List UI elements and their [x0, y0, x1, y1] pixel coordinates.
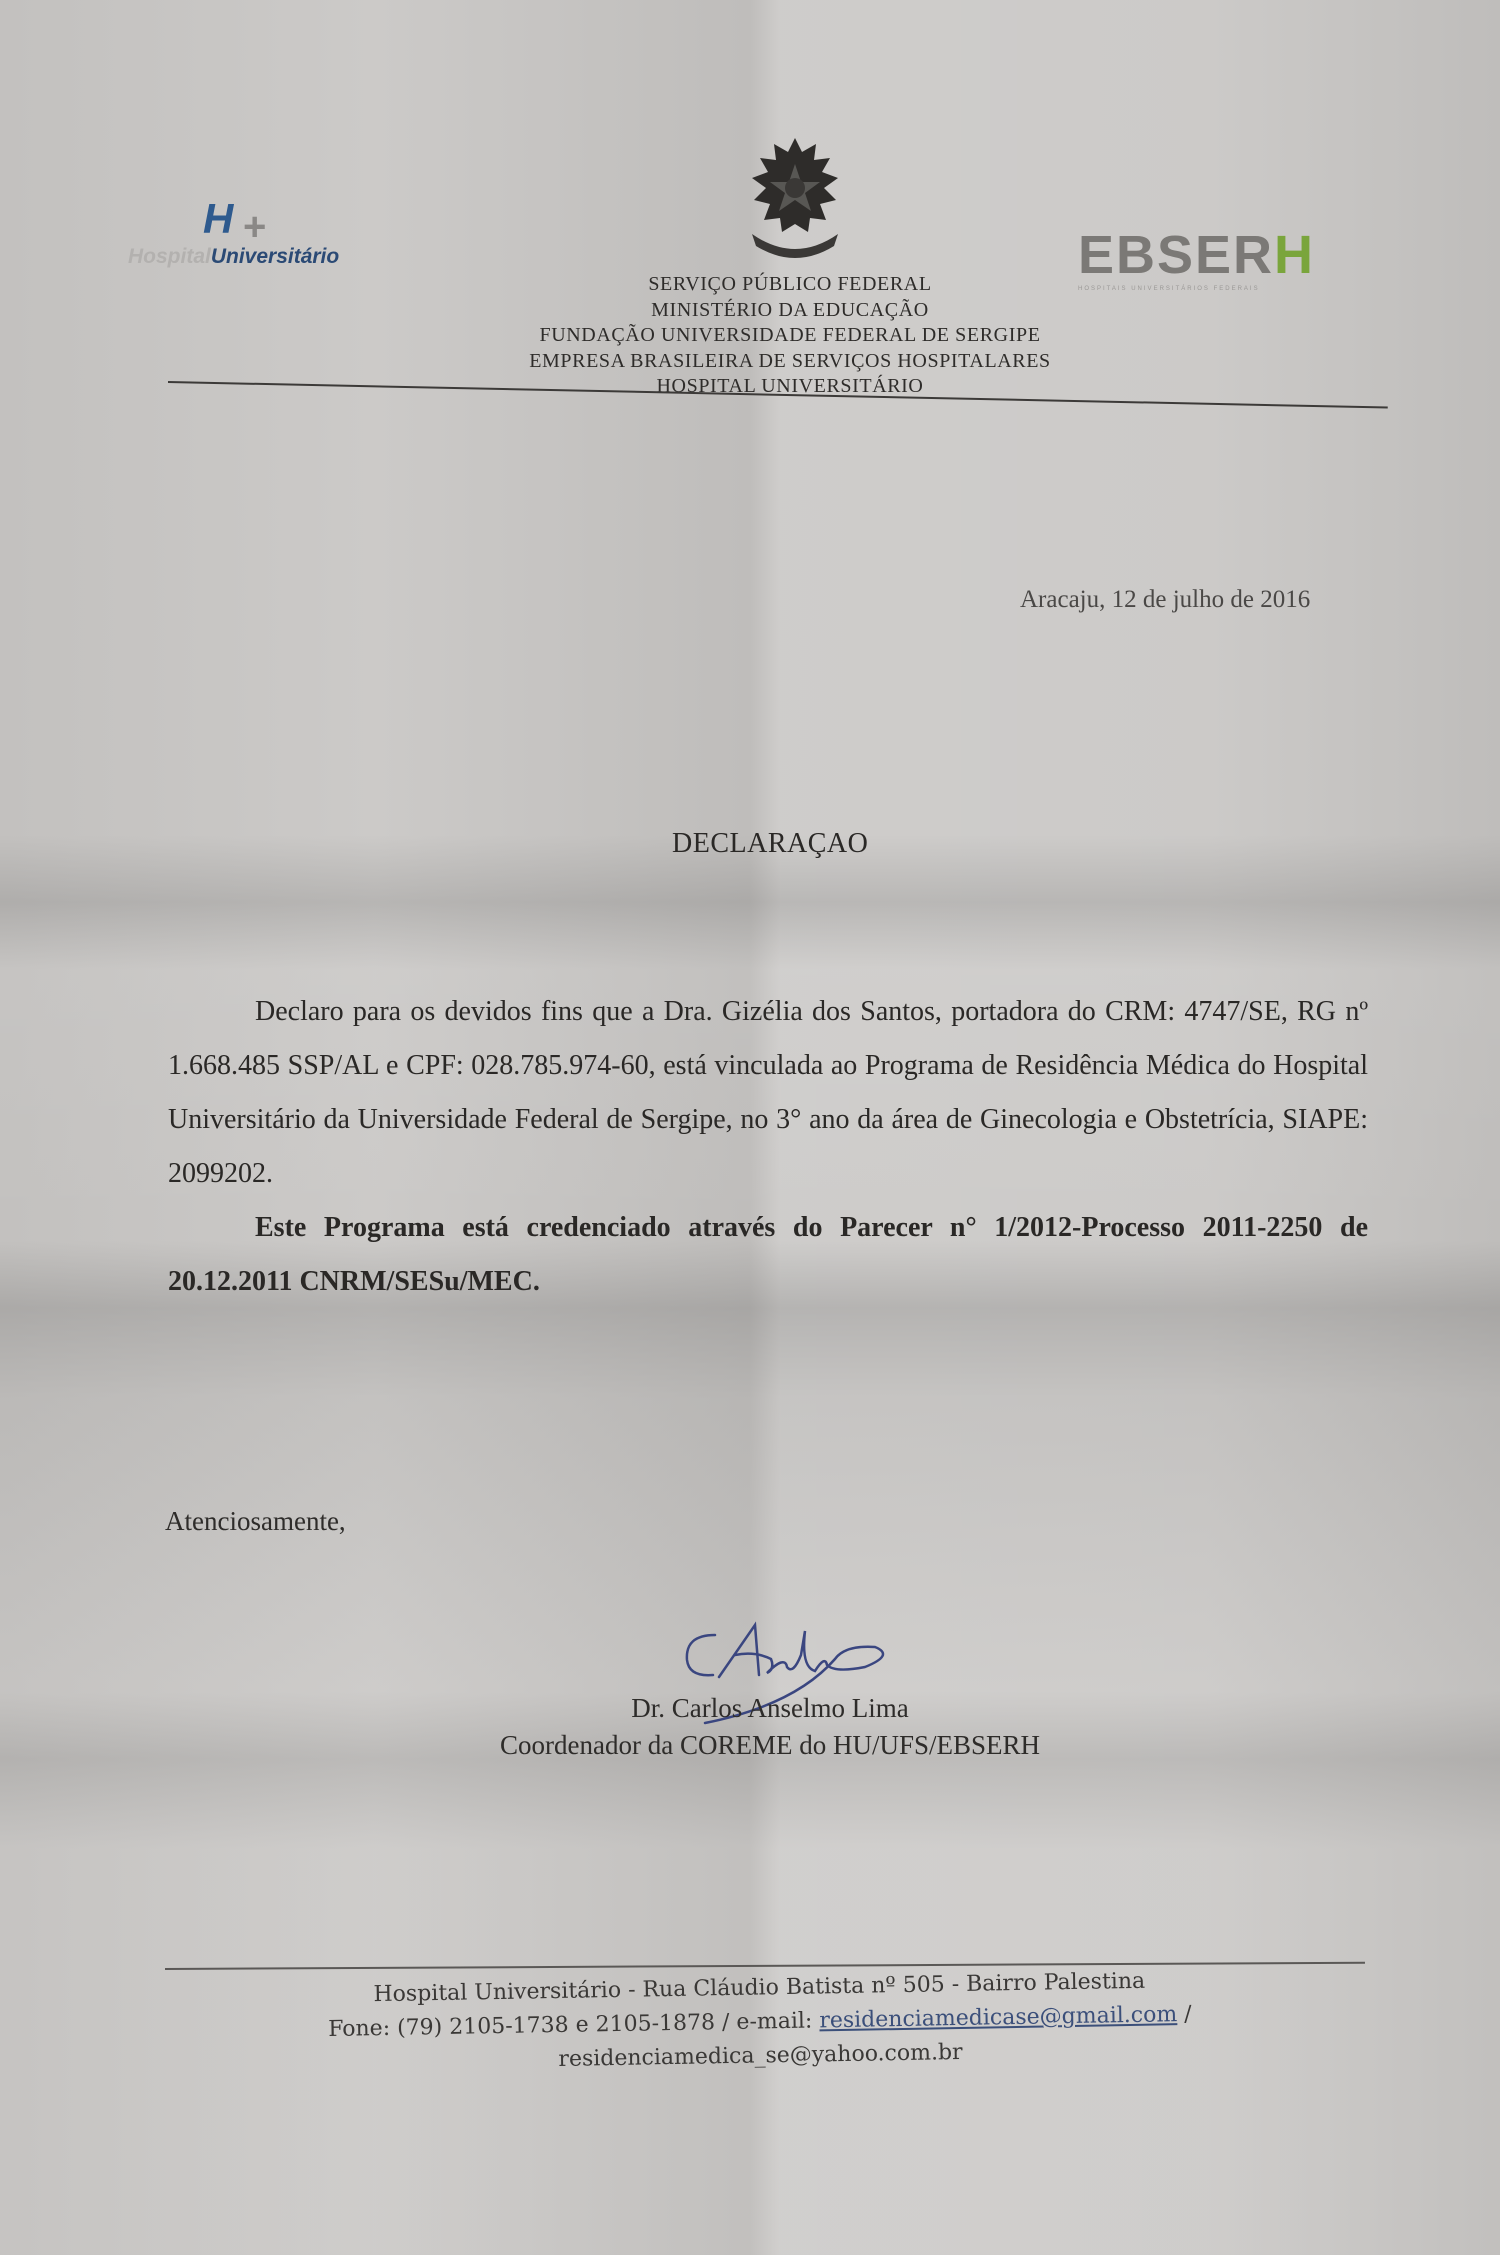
letter-date: Aracaju, 12 de julho de 2016 [1020, 586, 1310, 614]
email-link-gmail[interactable]: residenciamedicase@gmail.com [819, 2002, 1177, 2033]
letterhead: SERVIÇO PÚBLICO FEDERAL MINISTÉRIO DA ED… [450, 272, 1130, 400]
letter-page: H + HospitalUniversitário EBSERH HOSPITA… [0, 0, 1500, 2255]
signer-name: Dr. Carlos Anselmo Lima [420, 1690, 1120, 1727]
body-paragraph-bold: Este Programa está credenciado através d… [168, 1201, 1368, 1309]
letter-body: Declaro para os devidos fins que a Dra. … [168, 985, 1368, 1309]
footer-phone: Fone: (79) 2105-1738 e 2105-1878 / e-mai… [328, 2008, 820, 2042]
hu-logo-text: HospitalUniversitário [128, 245, 339, 269]
letterhead-line: SERVIÇO PÚBLICO FEDERAL [450, 272, 1130, 298]
letterhead-line: MINISTÉRIO DA EDUCAÇÃO [450, 298, 1130, 324]
document-title: DECLARAÇAO [672, 828, 868, 860]
hospital-universitario-logo: H + HospitalUniversitário [128, 195, 368, 275]
signer-block: Dr. Carlos Anselmo Lima Coordenador da C… [420, 1690, 1120, 1764]
body-paragraph: Declaro para os devidos fins que a Dra. … [168, 985, 1368, 1201]
brazil-coat-of-arms-icon [740, 134, 850, 264]
closing-salutation: Atenciosamente, [165, 1506, 346, 1537]
letter-footer: Hospital Universitário - Rua Cláudio Bat… [269, 1963, 1251, 2082]
letterhead-line: FUNDAÇÃO UNIVERSIDADE FEDERAL DE SERGIPE [450, 323, 1130, 349]
signer-role: Coordenador da COREME do HU/UFS/EBSERH [420, 1727, 1120, 1764]
hu-logo-plus: + [243, 205, 266, 250]
hu-logo-mark: H [203, 195, 231, 243]
letterhead-line: EMPRESA BRASILEIRA DE SERVIÇOS HOSPITALA… [450, 349, 1130, 375]
